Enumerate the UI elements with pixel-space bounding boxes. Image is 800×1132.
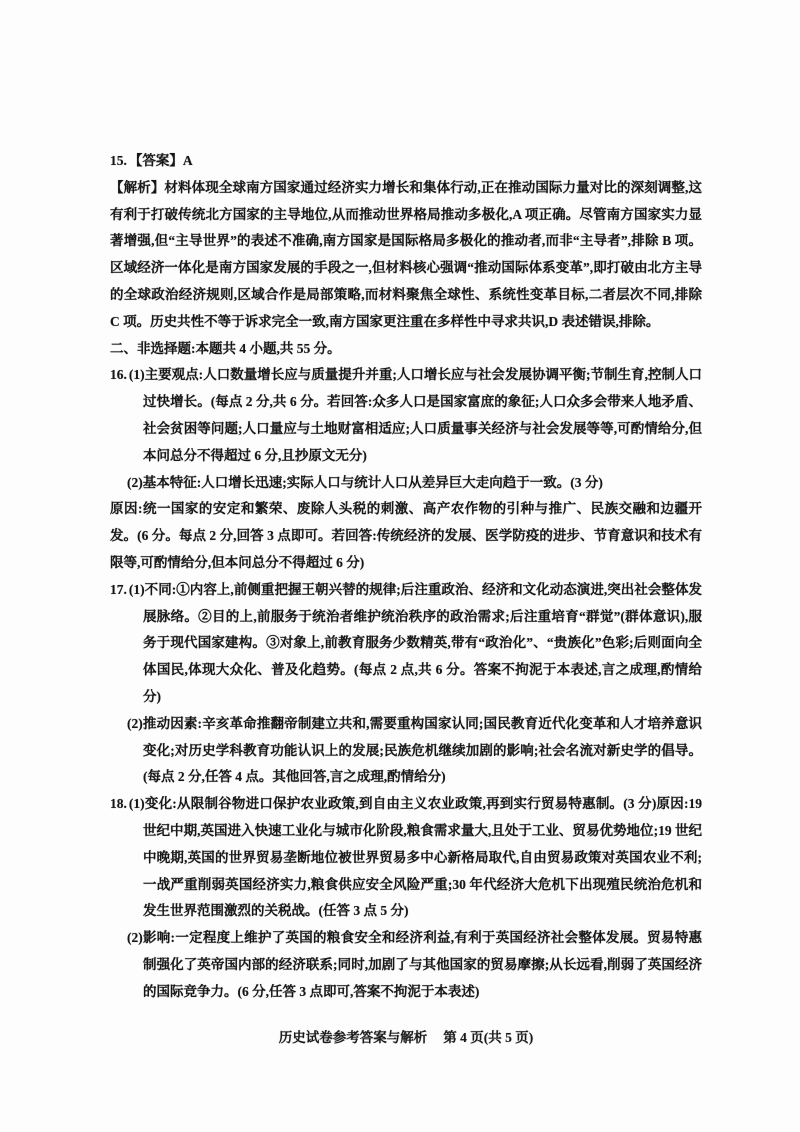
q16-part1-text: 主要观点:人口数量增长应与质量提升并重;人口增长应与社会发展协调平衡;节制生育,… bbox=[143, 367, 702, 462]
q17-part1-text: 不同:①内容上,前侧重把握王朝兴替的规律;后注重政治、经济和文化动态演进,突出社… bbox=[143, 582, 702, 704]
scanned-answer-page: 15.【答案】A 【解析】材料体现全球南方国家通过经济实力增长和集体行动,正在推… bbox=[0, 0, 800, 1132]
q15-answer-line: 15.【答案】A bbox=[110, 148, 702, 175]
q18-part1-text: 变化:从限制谷物进口保护农业政策,到自由主义农业政策,再到实行贸易特惠制。(3 … bbox=[143, 796, 702, 918]
q18-part2: (2)影响:一定程度上维护了英国的粮食安全和经济利益,有利于英国经济社会整体发展… bbox=[127, 925, 702, 1005]
q17-part1: 17.(1)不同:①内容上,前侧重把握王朝兴替的规律;后注重政治、经济和文化动态… bbox=[110, 577, 702, 711]
q16-part2-label: (2) bbox=[127, 475, 143, 490]
q16-part1: 16.(1)主要观点:人口数量增长应与质量提升并重;人口增长应与社会发展协调平衡… bbox=[110, 362, 702, 469]
q15-answer: 【答案】A bbox=[129, 153, 193, 168]
q16-part2: (2)基本特征:人口增长迅速;实际人口与统计人口从差异巨大走向趋于一致。(3 分… bbox=[127, 470, 702, 497]
q16-part1-label: (1) bbox=[129, 367, 145, 382]
q18-part1-label: (1) bbox=[129, 796, 145, 811]
q17-part2-text: 推动因素:辛亥革命推翻帝制建立共和,需要重构国家认同;国民教育近代化变革和人才培… bbox=[143, 716, 702, 785]
q16-number: 16. bbox=[110, 367, 127, 382]
q18-number: 18. bbox=[110, 796, 127, 811]
footer-title: 历史试卷参考答案与解析 bbox=[279, 1030, 428, 1045]
q17-number: 17. bbox=[110, 582, 127, 597]
q15-analysis: 【解析】材料体现全球南方国家通过经济实力增长和集体行动,正在推动国际力量对比的深… bbox=[110, 175, 702, 336]
q16-part2-reason: 原因:统一国家的安定和繁荣、废除人头税的刺激、高产农作物的引种与推广、民族交融和… bbox=[110, 496, 702, 576]
page-content: 15.【答案】A 【解析】材料体现全球南方国家通过经济实力增长和集体行动,正在推… bbox=[110, 148, 702, 1006]
q15-number: 15. bbox=[110, 153, 127, 168]
q17-part2-label: (2) bbox=[127, 716, 143, 731]
q17-part2: (2)推动因素:辛亥革命推翻帝制建立共和,需要重构国家认同;国民教育近代化变革和… bbox=[127, 711, 702, 791]
q17-part1-label: (1) bbox=[129, 582, 145, 597]
footer-page-number: 第 4 页(共 5 页) bbox=[443, 1030, 533, 1045]
q16-part2-text: 基本特征:人口增长迅速;实际人口与统计人口从差异巨大走向趋于一致。(3 分) bbox=[143, 475, 603, 490]
page-footer: 历史试卷参考答案与解析第 4 页(共 5 页) bbox=[110, 1026, 702, 1046]
q18-part2-text: 影响:一定程度上维护了英国的粮食安全和经济利益,有利于英国经济社会整体发展。贸易… bbox=[143, 930, 702, 999]
section-two-heading: 二、非选择题:本题共 4 小题,共 55 分。 bbox=[110, 336, 702, 363]
q18-part2-label: (2) bbox=[127, 930, 143, 945]
q18-part1: 18.(1)变化:从限制谷物进口保护农业政策,到自由主义农业政策,再到实行贸易特… bbox=[110, 791, 702, 925]
